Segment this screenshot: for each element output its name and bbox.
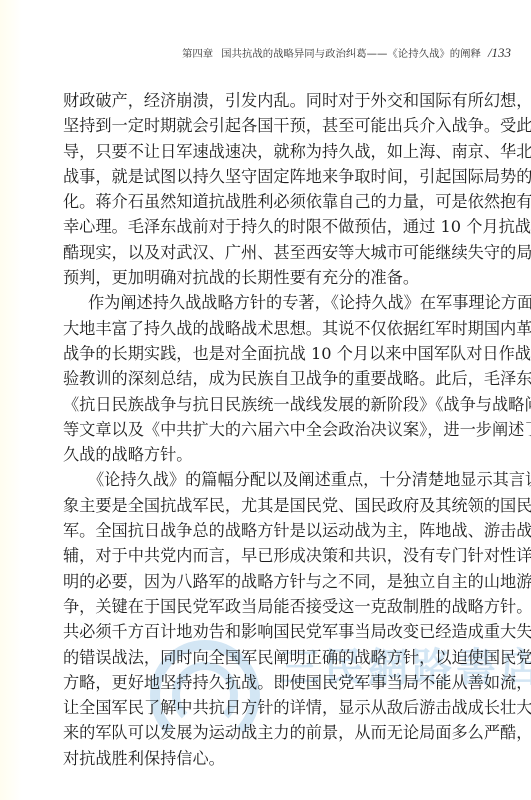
text-line: 验教训的深刻总结，成为民族自卫战争的重要战略。此后，毛泽东的 <box>63 366 475 391</box>
text-line: 战争的长期实践，也是对全面抗战 10 个月以来中国军队对日作战的经 <box>63 341 475 366</box>
text-line: 坚持到一定时期就会引起各国干预，甚至可能出兵介入战争。受此误 <box>63 113 475 138</box>
chapter-number: 第四章 <box>182 46 213 62</box>
running-header: 第四章 国共抗战的战略异同与政治纠葛——《论持久战》的阐释 /133 <box>182 45 478 61</box>
text-line: 共必须千方百计地劝告和影响国民党军事当局改变已经造成重大失利 <box>63 619 475 644</box>
paragraph-1: 财政破产，经济崩溃，引发内乱。同时对于外交和国际有所幻想，认为坚持到一定时期就会… <box>63 88 475 290</box>
text-line: 明的必要，因为八路军的战略方针与之不同，是独立自主的山地游击战 <box>63 569 475 594</box>
text-line: 辅，对于中共党内而言，早已形成决策和共识，没有专门针对性详细说 <box>63 543 475 568</box>
text-line: 让全国军民了解中共抗日方针的详情，显示从敌后游击战成长壮大起 <box>63 695 475 720</box>
text-line: 酷现实，以及对武汉、广州、甚至西安等大城市可能继续失守的局面的 <box>63 240 475 265</box>
text-line: 预判，更加明确对抗战的长期性要有充分的准备。 <box>63 265 475 290</box>
text-line: 对抗战胜利保持信心。 <box>63 746 475 771</box>
text-line: 作为阐述持久战战略方针的专著，《论持久战》在军事理论方面极 <box>63 290 475 315</box>
paragraph-2: 作为阐述持久战战略方针的专著，《论持久战》在军事理论方面极大地丰富了持久战的战略… <box>63 290 475 467</box>
text-line: 久战的战略方针。 <box>63 442 475 467</box>
paragraph-3: 《论持久战》的篇幅分配以及阐述重点，十分清楚地显示其言说对象主要是全国抗战军民，… <box>63 467 475 771</box>
page-edge-tint <box>0 0 22 800</box>
text-line: 大地丰富了持久战的战略战术思想。其说不仅依据红军时期国内革命 <box>63 316 475 341</box>
text-line: 财政破产，经济崩溃，引发内乱。同时对于外交和国际有所幻想，认为 <box>63 88 475 113</box>
text-line: 等文章以及《中共扩大的六届六中全会政治决议案》，进一步阐述了持 <box>63 417 475 442</box>
text-line: 来的军队可以发展为运动战主力的前景，从而无论局面多么严酷，也能 <box>63 720 475 745</box>
text-line: 化。蒋介石虽然知道抗战胜利必须依靠自己的力量，可是依然抱有侥 <box>63 189 475 214</box>
text-line: 战事，就是试图以持久坚守固定阵地来争取时间，引起国际局势的变 <box>63 164 475 189</box>
text-line: 方略，更好地坚持持久抗战。即使国民党军事当局不能从善如流，也要 <box>63 670 475 695</box>
body-text: 财政破产，经济崩溃，引发内乱。同时对于外交和国际有所幻想，认为坚持到一定时期就会… <box>63 88 475 771</box>
text-line: 象主要是全国抗战军民，尤其是国民党、国民政府及其统领的国民革命 <box>63 493 475 518</box>
text-line: 的错误战法，同时向全国军民阐明正确的战略方针，以迫使国民党改变 <box>63 645 475 670</box>
text-line: 争，关键在于国民党军政当局能否接受这一克敌制胜的战略方针。中 <box>63 594 475 619</box>
text-line: 《抗日民族战争与抗日民族统一战线发展的新阶段》《战争与战略问题》 <box>63 392 475 417</box>
text-line: 《论持久战》的篇幅分配以及阐述重点，十分清楚地显示其言说对 <box>63 467 475 492</box>
text-line: 军。全国抗日战争总的战略方针是以运动战为主，阵地战、游击战为 <box>63 518 475 543</box>
page-number: /133 <box>488 45 511 61</box>
chapter-title: 国共抗战的战略异同与政治纠葛——《论持久战》的阐释 <box>221 46 481 62</box>
text-line: 导，只要不让日军速战速决，就称为持久战，如上海、南京、华北等地的 <box>63 139 475 164</box>
text-line: 幸心理。毛泽东战前对于持久的时限不做预估，通过 10 个月抗战的严 <box>63 214 475 239</box>
